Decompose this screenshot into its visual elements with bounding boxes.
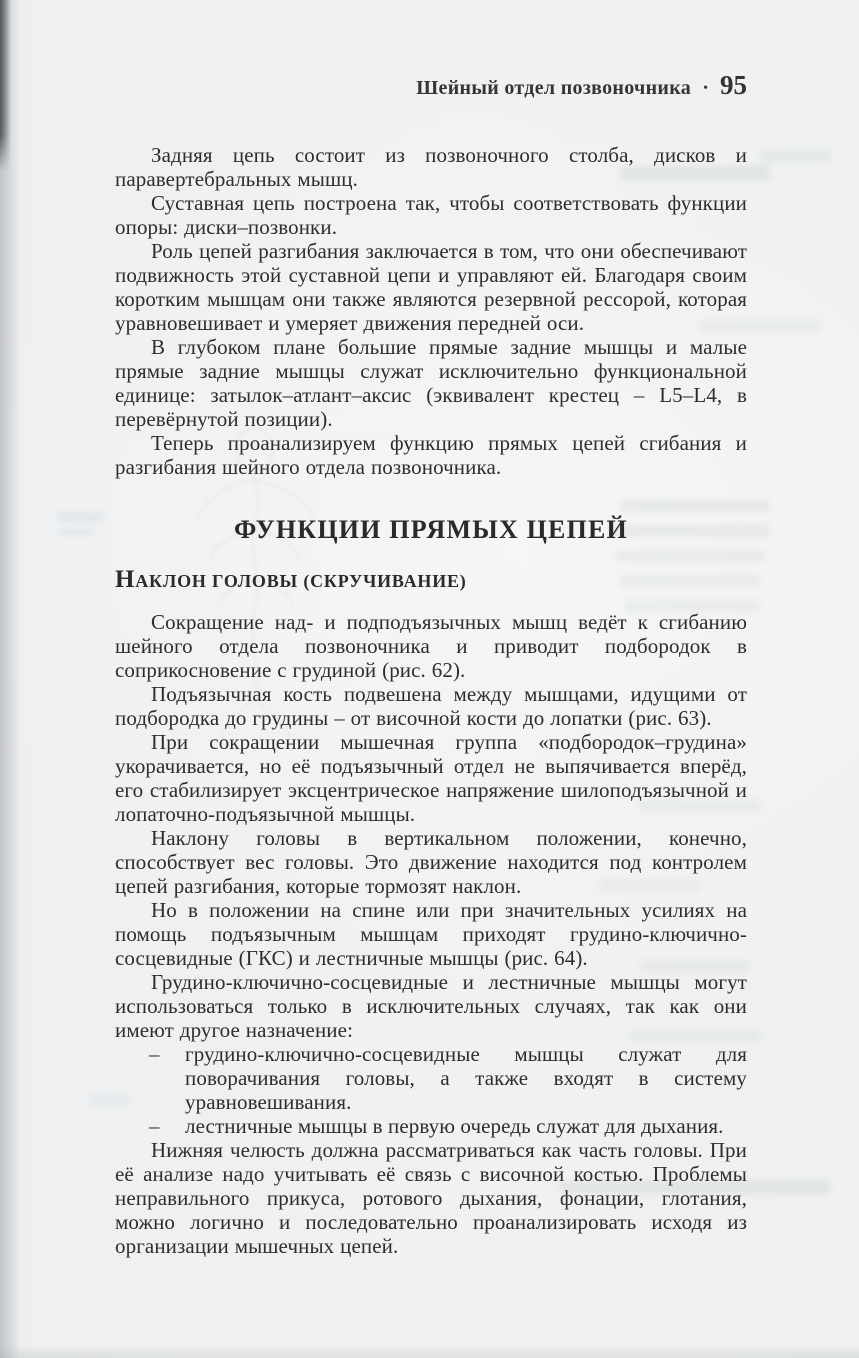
running-head-title: Шейный отдел позвоночника [416, 77, 691, 100]
paragraph: В глубоком плане большие прямые задние м… [115, 335, 747, 431]
scan-edge-shadow [0, 0, 20, 1358]
list-item: – лестничные мышцы в первую очередь служ… [115, 1114, 747, 1138]
bleedthrough-caption-ghost [58, 528, 96, 536]
dash-marker: – [149, 1042, 185, 1066]
paragraph: Наклону головы в вертикальном положении,… [115, 826, 747, 898]
paragraph: Теперь проанализируем функцию прямых цеп… [115, 431, 747, 479]
paragraph: Подъязычная кость подвешена между мышцам… [115, 682, 747, 730]
list-item: – грудино-ключично-сосцевидные мышцы слу… [115, 1042, 747, 1114]
list-item-text: лестничные мышцы в первую очередь служат… [185, 1114, 747, 1138]
paragraph: Сокращение над- и подподъязычных мышц ве… [115, 610, 747, 682]
text-block: Задняя цепь состоит из позвоночного стол… [115, 143, 747, 1258]
paragraph: При сокращении мышечная группа «подбород… [115, 730, 747, 826]
list-item-text: грудино-ключично-сосцевидные мышцы служа… [185, 1042, 747, 1114]
running-head: Шейный отдел позвоночника • 95 [416, 70, 747, 101]
paragraph: Грудино-ключично-сосцевидные и лестничны… [115, 970, 747, 1042]
dash-list: – грудино-ключично-сосцевидные мышцы слу… [115, 1042, 747, 1138]
bleedthrough-text-ghost [760, 150, 830, 162]
subsection-title: НАКЛОН ГОЛОВЫ (СКРУЧИВАНИЕ) [115, 567, 747, 594]
scan-edge-shadow-bottom [0, 1344, 859, 1358]
bleedthrough-caption-ghost [58, 512, 104, 522]
paragraph: Роль цепей разгибания заключается в том,… [115, 239, 747, 335]
book-page: Шейный отдел позвоночника • 95 Задняя це… [0, 0, 859, 1358]
running-head-separator: • [703, 81, 708, 97]
section-title: ФУНКЦИИ ПРЯМЫХ ЦЕПЕЙ [115, 513, 747, 547]
paragraph: Суставная цепь построена так, чтобы соот… [115, 191, 747, 239]
paragraph: Задняя цепь состоит из позвоночного стол… [115, 143, 747, 191]
page-number: 95 [720, 70, 747, 101]
dash-marker: – [149, 1114, 185, 1138]
paragraph: Но в положении на спине или при значител… [115, 898, 747, 970]
paragraph: Нижняя челюсть должна рассматриваться ка… [115, 1138, 747, 1258]
